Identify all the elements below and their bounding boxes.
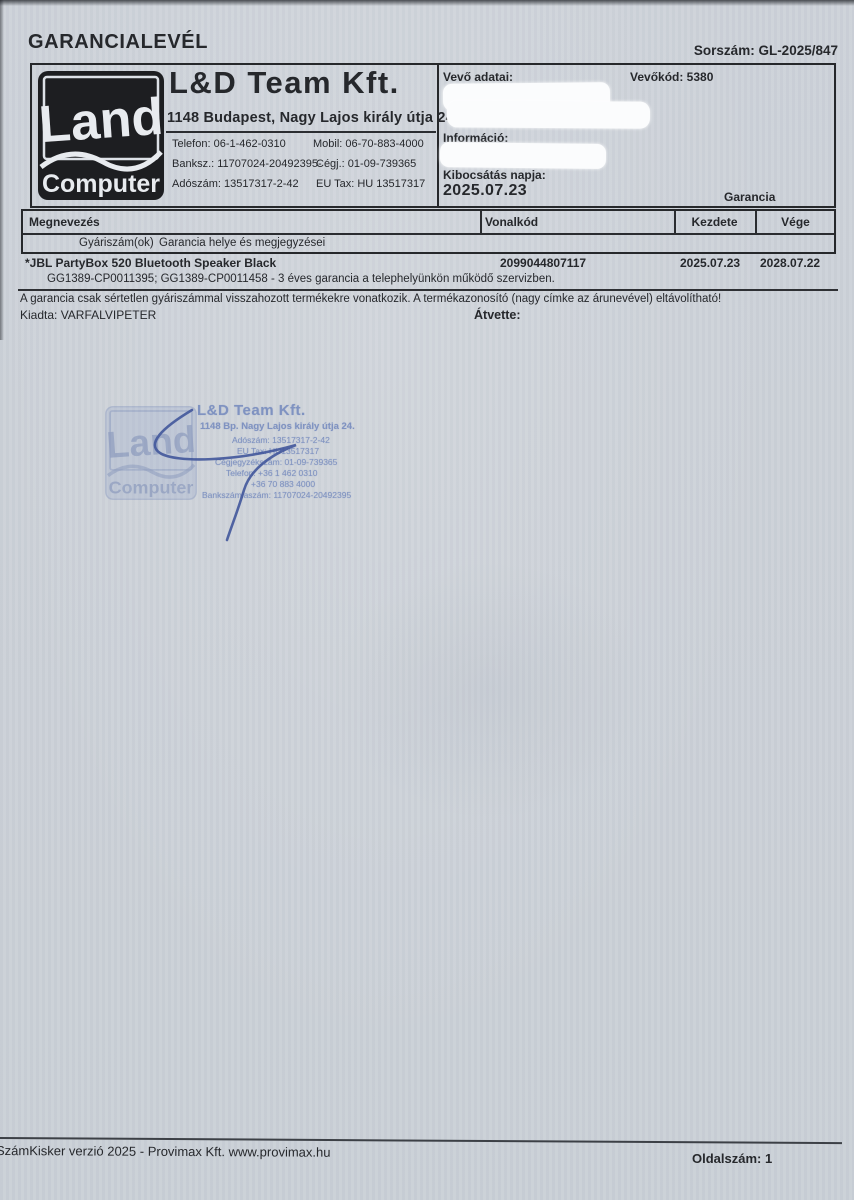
footer-software-info: SzámKisker verzió 2025 - Provimax Kft. w…: [0, 1143, 331, 1160]
page-title: GARANCIALEVÉL: [28, 31, 208, 54]
header-row-divider: [23, 233, 834, 235]
address-underline: [166, 131, 436, 133]
warranty-column-group-label: Garancia: [724, 190, 775, 204]
warranty-end-date: 2028.07.22: [760, 256, 820, 270]
warranty-start-date: 2025.07.23: [680, 256, 740, 270]
scan-edge-top: [0, 0, 854, 6]
company-name: L&D Team Kft.: [169, 65, 400, 101]
logo-word-land: Land: [37, 88, 165, 155]
serial-number: Sorszám: GL-2025/847: [694, 43, 838, 58]
received-by-label: Átvette:: [474, 308, 521, 322]
product-serial-note: GG1389-CP0011395; GG1389-CP0011458 - 3 é…: [47, 273, 555, 285]
scanned-warranty-document: GARANCIALEVÉL Sorszám: GL-2025/847 Land …: [0, 0, 854, 1200]
company-eutax: EU Tax: HU 13517317: [316, 178, 425, 190]
redaction-box: [447, 100, 650, 128]
product-barcode: 2099044807117: [500, 256, 586, 270]
redaction-box: [440, 142, 606, 169]
table-header: Megnevezés Vonalkód Kezdete Vége Gyárisz…: [21, 209, 836, 254]
warranty-note: A garancia csak sértetlen gyáriszámmal v…: [20, 293, 721, 305]
subheader-notes: Garancia helye és megjegyzései: [159, 237, 325, 249]
header-box: Land Computer L&D Team Kft. 1148 Budapes…: [30, 63, 836, 208]
company-logo: Land Computer: [37, 70, 165, 201]
customer-data-label: Vevő adatai:: [443, 70, 513, 84]
header-divider: [437, 65, 439, 206]
table-bottom-rule: [18, 289, 838, 291]
page-number: Oldalszám: 1: [692, 1151, 772, 1166]
company-bank: Banksz.: 11707024-20492395-: [172, 158, 322, 170]
col-header-barcode: Vonalkód: [485, 215, 538, 229]
company-taxid: Adószám: 13517317-2-42: [172, 178, 299, 190]
company-registry: Cégj.: 01-09-739365: [316, 158, 416, 170]
company-phone: Telefon: 06-1-462-0310: [172, 138, 286, 150]
logo-word-computer: Computer: [42, 170, 160, 198]
col-header-name: Megnevezés: [29, 215, 100, 229]
issued-by: Kiadta: VARFALVIPETER: [20, 308, 156, 322]
customer-code: Vevőkód: 5380: [630, 70, 713, 84]
product-name: *JBL PartyBox 520 Bluetooth Speaker Blac…: [25, 256, 276, 270]
signature-stroke: [115, 398, 315, 558]
col-header-end: Vége: [755, 215, 836, 229]
company-address: 1148 Budapest, Nagy Lajos király útja 24…: [167, 110, 458, 126]
issue-date-label: Kibocsátás napja:: [443, 168, 546, 182]
col-header-start: Kezdete: [674, 215, 755, 229]
scan-bleedthrough-smudge: [330, 560, 650, 820]
subheader-serials: Gyáriszám(ok): [79, 237, 154, 249]
column-divider: [480, 211, 482, 233]
scan-edge-left: [0, 0, 4, 340]
company-mobile: Mobil: 06-70-883-4000: [313, 138, 424, 150]
issue-date: 2025.07.23: [443, 182, 527, 200]
